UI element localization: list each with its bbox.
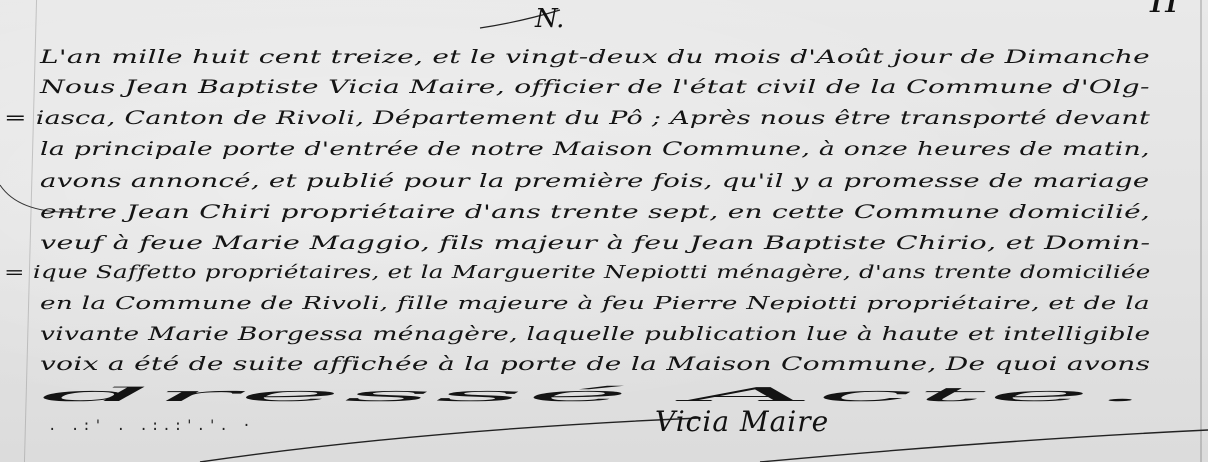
text-line-9: en la Commune de Rivoli, fille majeure à… [40,293,1150,314]
text-line-12: dressé Acte. [40,384,1150,406]
folio-number: 11 [1148,0,1179,18]
text-line-6: entre Jean Chiri propriétaire d'ans tren… [40,201,1150,223]
text-line-10: vivante Marie Borgessa ménagère, laquell… [40,323,1151,345]
record-number-mark: N. [535,4,564,34]
ink-specks: . .:' . .:.:'.'. · [48,418,254,434]
text-line-1: L'an mille huit cent treize, et le vingt… [40,46,1150,68]
text-line-2: Nous Jean Baptiste Vicia Maire, officier… [40,76,1150,98]
mayor-signature: Vicia Maire [655,405,829,438]
document-page: N. 11 L'an mille huit cent treize, et le… [0,0,1208,462]
text-line-4: la principale porte d'entrée de notre Ma… [40,138,1150,160]
text-line-5: avons annoncé, et publié pour la premièr… [40,170,1149,192]
text-line-7: veuf à feue Marie Maggio, fils majeur à … [40,232,1150,254]
text-line-11: voix a été de suite affichée à la porte … [40,353,1150,375]
text-line-3: = iasca, Canton de Rivoli, Département d… [4,107,1150,129]
text-line-8: = ique Saffetto propriétaires, et la Mar… [4,263,1151,283]
